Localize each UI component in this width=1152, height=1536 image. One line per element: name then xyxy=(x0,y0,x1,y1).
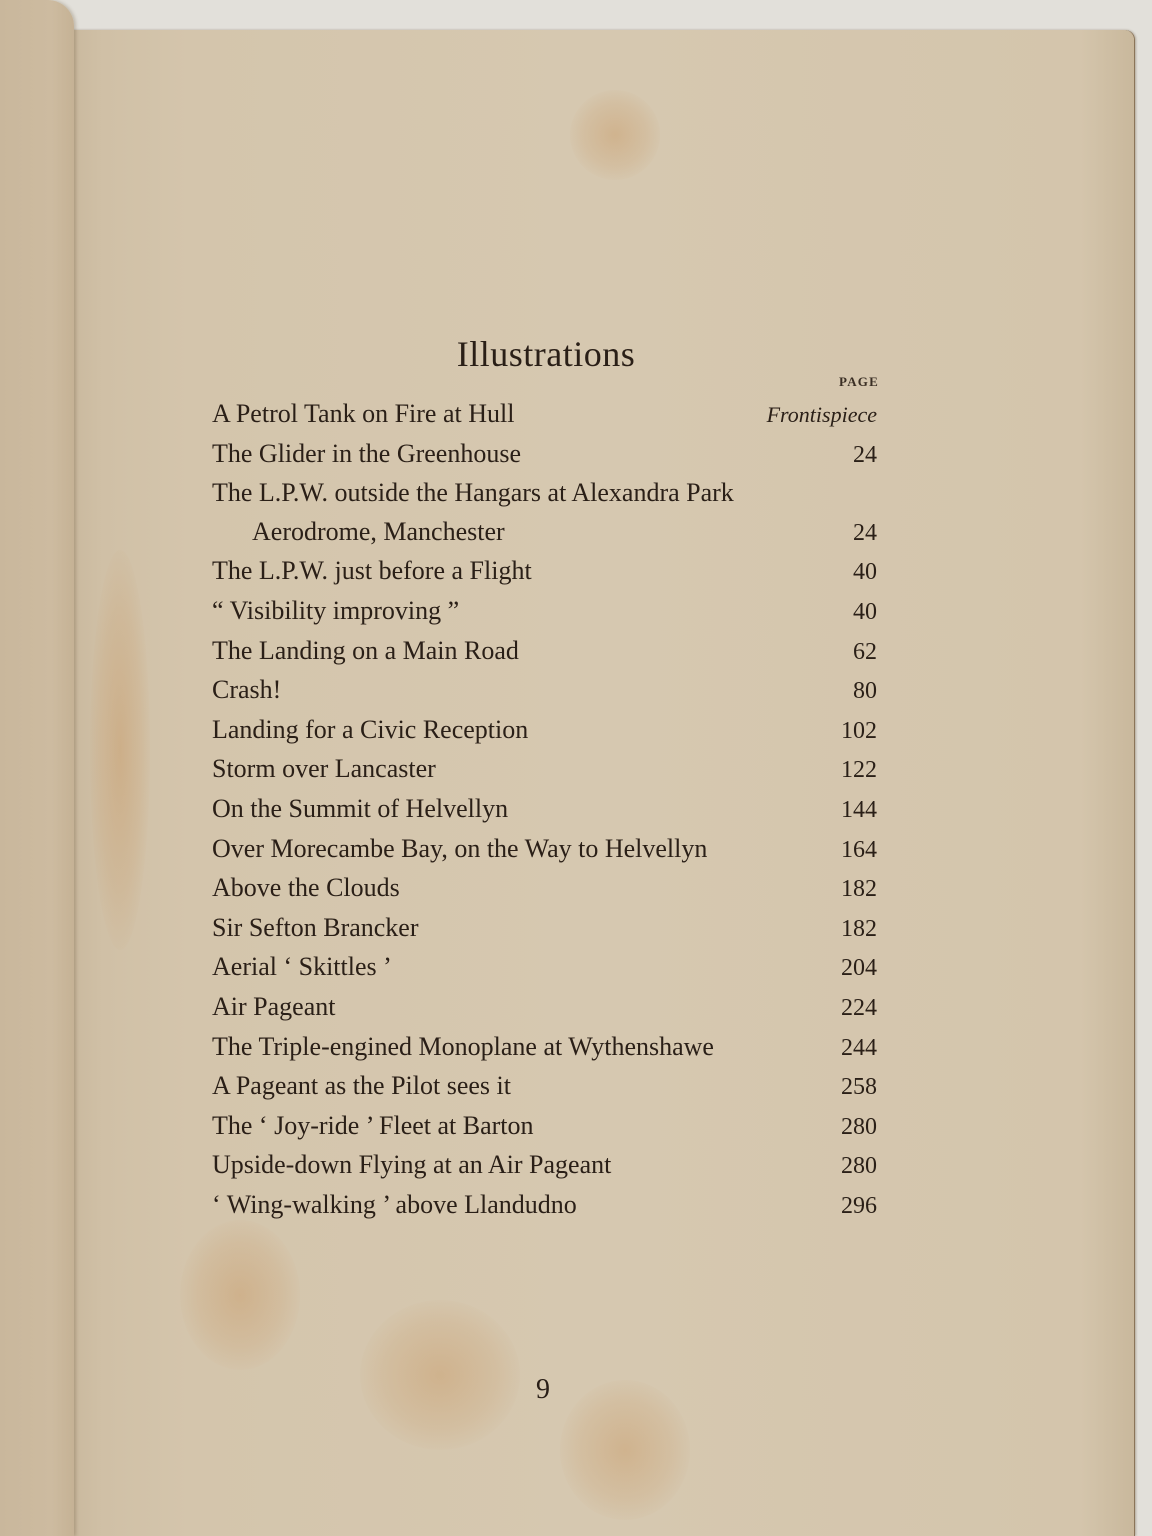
entry-page: 280 xyxy=(817,1147,877,1186)
entry-page: 102 xyxy=(817,712,877,751)
entry-page: 40 xyxy=(817,553,877,592)
list-item: ‘ Wing-walking ’ above Llandudno 296 xyxy=(212,1186,877,1226)
entry-page: 280 xyxy=(817,1108,877,1147)
entry-title: The Triple-engined Monoplane at Wythensh… xyxy=(212,1028,714,1067)
list-item: Crash! 80 xyxy=(212,671,877,711)
entry-page: 164 xyxy=(817,831,877,870)
entry-page: 144 xyxy=(817,791,877,830)
entry-title: On the Summit of Helvellyn xyxy=(212,790,508,829)
page-column-label: PAGE xyxy=(839,374,879,390)
entry-title: Air Pageant xyxy=(212,988,335,1027)
list-item: Aerial ‘ Skittles ’ 204 xyxy=(212,948,877,988)
entry-title: Aerial ‘ Skittles ’ xyxy=(212,948,392,987)
page-number: 9 xyxy=(536,1374,550,1406)
list-item: A Petrol Tank on Fire at Hull Frontispie… xyxy=(212,395,877,435)
list-item: The Glider in the Greenhouse 24 xyxy=(212,435,877,475)
list-item: “ Visibility improving ” 40 xyxy=(212,592,877,632)
entry-page: 40 xyxy=(817,593,877,632)
list-item: Above the Clouds 182 xyxy=(212,869,877,909)
list-item: Sir Sefton Brancker 182 xyxy=(212,909,877,949)
entry-title: Above the Clouds xyxy=(212,869,400,908)
entry-page: 258 xyxy=(817,1068,877,1107)
entry-title: “ Visibility improving ” xyxy=(212,592,459,631)
entry-page: Frontispiece xyxy=(767,396,877,435)
entry-title: The Glider in the Greenhouse xyxy=(212,435,521,474)
entry-title: A Petrol Tank on Fire at Hull xyxy=(212,395,514,434)
list-item: On the Summit of Helvellyn 144 xyxy=(212,790,877,830)
list-item: The Landing on a Main Road 62 xyxy=(212,632,877,672)
entry-page: 24 xyxy=(817,436,877,475)
entry-page: 244 xyxy=(817,1029,877,1068)
entry-title: Landing for a Civic Reception xyxy=(212,711,528,750)
page-title: Illustrations xyxy=(0,333,1092,375)
list-item: The L.P.W. outside the Hangars at Alexan… xyxy=(212,474,877,552)
entry-title: The L.P.W. just before a Flight xyxy=(212,552,532,591)
entry-title: The Landing on a Main Road xyxy=(212,632,519,671)
entry-title: The ‘ Joy-ride ’ Fleet at Barton xyxy=(212,1107,534,1146)
list-item: The Triple-engined Monoplane at Wythensh… xyxy=(212,1028,877,1068)
entry-title: A Pageant as the Pilot sees it xyxy=(212,1067,511,1106)
list-item: Over Morecambe Bay, on the Way to Helvel… xyxy=(212,830,877,870)
list-item: Air Pageant 224 xyxy=(212,988,877,1028)
entry-title: The L.P.W. outside the Hangars at Alexan… xyxy=(212,474,877,513)
entry-title: Upside-down Flying at an Air Pageant xyxy=(212,1146,611,1185)
entry-page: 182 xyxy=(817,910,877,949)
illustrations-list-page: Illustrations PAGE A Petrol Tank on Fire… xyxy=(0,0,1152,1536)
entry-page: 62 xyxy=(817,633,877,672)
list-item: A Pageant as the Pilot sees it 258 xyxy=(212,1067,877,1107)
entry-title-continued: Aerodrome, Manchester xyxy=(252,513,505,552)
entry-title: Storm over Lancaster xyxy=(212,750,436,789)
list-item: Storm over Lancaster 122 xyxy=(212,750,877,790)
entry-page: 204 xyxy=(817,949,877,988)
entry-title: Over Morecambe Bay, on the Way to Helvel… xyxy=(212,830,707,869)
list-item: The ‘ Joy-ride ’ Fleet at Barton 280 xyxy=(212,1107,877,1147)
entry-title: Crash! xyxy=(212,671,281,710)
entry-page: 224 xyxy=(817,989,877,1028)
entry-page: 24 xyxy=(817,514,877,553)
illustrations-list: A Petrol Tank on Fire at Hull Frontispie… xyxy=(212,395,877,1225)
list-item: The L.P.W. just before a Flight 40 xyxy=(212,552,877,592)
entry-title: ‘ Wing-walking ’ above Llandudno xyxy=(212,1186,577,1225)
list-item: Upside-down Flying at an Air Pageant 280 xyxy=(212,1146,877,1186)
entry-page: 122 xyxy=(817,751,877,790)
entry-page: 296 xyxy=(817,1187,877,1226)
entry-page: 80 xyxy=(817,672,877,711)
entry-title: Sir Sefton Brancker xyxy=(212,909,419,948)
entry-page: 182 xyxy=(817,870,877,909)
list-item: Landing for a Civic Reception 102 xyxy=(212,711,877,751)
